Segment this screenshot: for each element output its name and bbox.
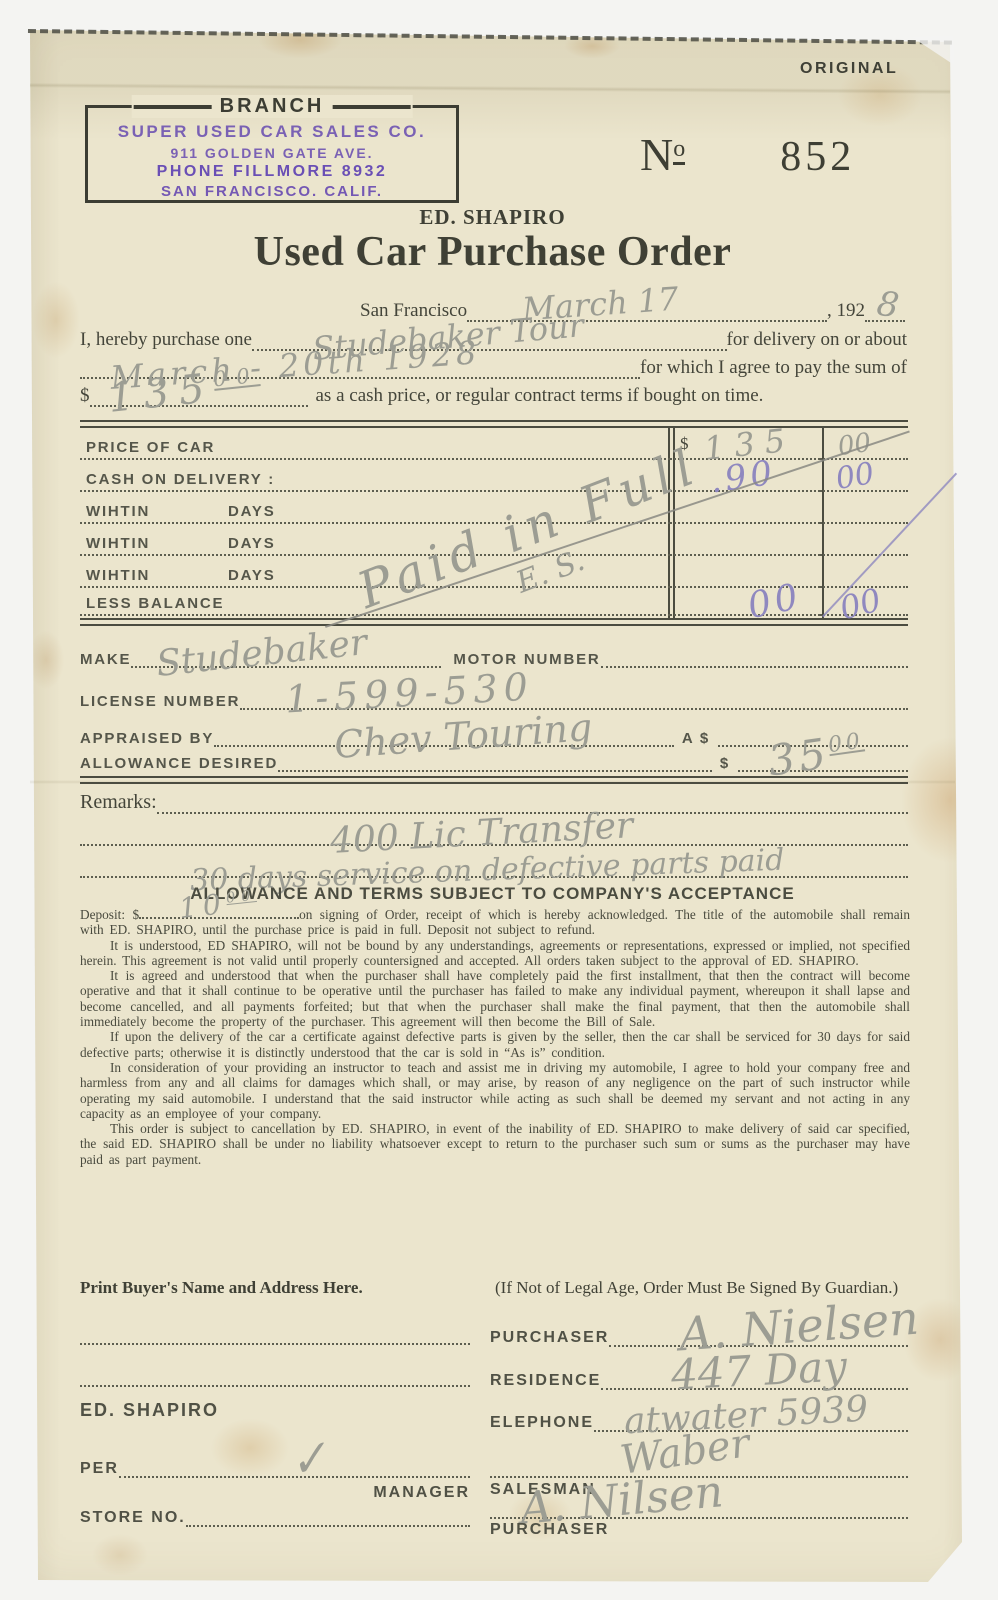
- dollar-sign: $: [80, 385, 90, 407]
- motor-number-leader: [601, 636, 908, 668]
- stamp-address: 911 GOLDEN GATE AVE.: [88, 145, 456, 161]
- dealer-name-signature: ED. SHAPIRO: [80, 1400, 219, 1421]
- terms-paragraph: This order is subject to cancellation by…: [80, 1121, 910, 1167]
- terms-paragraph: If upon the delivery of the car a certif…: [80, 1029, 910, 1060]
- terms-paragraph: It is understood, ED SHAPIRO, will not b…: [80, 938, 910, 969]
- remarks-leader-2: 400 Lic Transfer: [80, 824, 908, 846]
- deposit-handwriting: 1000: [178, 887, 259, 923]
- residence-line: RESIDENCE 447 Day: [490, 1368, 908, 1390]
- appraised-by-label: APPRAISED BY: [80, 730, 214, 747]
- less-balance-cents: 00: [837, 584, 884, 625]
- purchaser-label: PURCHASER: [490, 1329, 609, 1347]
- purchaser2-leader: A. Nilsen: [490, 1507, 908, 1519]
- make-leader: Studebaker: [131, 636, 441, 668]
- purchase-prefix: I, hereby purchase one: [80, 329, 252, 351]
- year-handwriting: 8: [875, 287, 901, 324]
- sum-leader: 13500: [90, 379, 308, 407]
- purchase-line: I, hereby purchase one Studebaker Tour f…: [80, 323, 907, 351]
- appraised-leader: Chev Touring: [214, 713, 674, 747]
- remarks-line-1: Remarks:: [80, 792, 908, 814]
- purchaser-leader: A. Nielsen: [609, 1325, 908, 1347]
- copy-label: ORIGINAL: [800, 60, 898, 78]
- table-row: PRICE OF CAR $ 135 00: [80, 428, 908, 460]
- as-amount-label: A $: [682, 730, 710, 747]
- purchaser2-label: PURCHASER: [490, 1521, 609, 1539]
- cash-on-delivery-cents: 00: [834, 459, 877, 495]
- stamp-phone: PHONE FILLMORE 8932: [88, 163, 456, 181]
- sum-line: $ 13500 as a cash price, or regular cont…: [80, 379, 907, 407]
- year-leader: 8: [865, 294, 905, 322]
- vehicle-bottom-rule: [80, 776, 908, 784]
- branch-dash-right: [332, 105, 410, 109]
- remarks-leader-3: 30 days service on defective parts paid: [80, 856, 908, 878]
- buyer-address-blank-line: [80, 1367, 470, 1387]
- make-line: MAKE Studebaker MOTOR NUMBER: [80, 636, 908, 668]
- guardian-note: (If Not of Legal Age, Order Must Be Sign…: [495, 1278, 898, 1298]
- per-leader: ✓: [119, 1456, 470, 1478]
- remarks-label: Remarks:: [80, 791, 157, 814]
- allowance-line: ALLOWANCE DESIRED $ 3500: [80, 748, 908, 772]
- scanned-document-page: { "page": { "copy_label": "ORIGINAL" }, …: [0, 0, 998, 1600]
- buyer-name-blank-line: [80, 1325, 470, 1345]
- residence-handwriting: 447 Day: [670, 1345, 848, 1396]
- branch-label-row: BRANCH: [132, 95, 413, 118]
- allowance-desired-label: ALLOWANCE DESIRED: [80, 755, 278, 772]
- terms-deposit-paragraph: Deposit: $1000on signing of Order, recei…: [80, 905, 910, 938]
- license-leader: 1-599-530: [240, 676, 908, 710]
- order-number: No852: [640, 128, 855, 181]
- terms-fine-print: Deposit: $1000on signing of Order, recei…: [80, 905, 910, 1167]
- branch-stamp-box: BRANCH SUPER USED CAR SALES CO. 911 GOLD…: [85, 105, 459, 203]
- purchase-suffix: for delivery on or about: [727, 329, 907, 351]
- telephone-label: ELEPHONE: [490, 1414, 594, 1432]
- branch-label: BRANCH: [220, 95, 325, 118]
- residence-label: RESIDENCE: [490, 1372, 601, 1390]
- print-buyer-note: Print Buyer's Name and Address Here.: [80, 1278, 363, 1298]
- per-label: PER: [80, 1460, 119, 1478]
- remarks-line-2: 400 Lic Transfer: [80, 824, 908, 846]
- terms-paragraph: In consideration of your providing an in…: [80, 1060, 910, 1121]
- branch-dash-left: [134, 105, 212, 109]
- purchaser2-line: A. Nilsen: [490, 1507, 908, 1519]
- table-row: CASH ON DELIVERY : .90 00: [80, 460, 908, 492]
- store-no-leader: [186, 1505, 470, 1527]
- dealer-name-top: ED. SHAPIRO: [0, 205, 985, 230]
- store-no-label: STORE NO.: [80, 1509, 186, 1527]
- license-label: LICENSE NUMBER: [80, 693, 240, 710]
- stamp-city: SAN FRANCISCO. CALIF.: [88, 183, 456, 200]
- deposit-leader: 1000: [139, 905, 299, 919]
- acceptance-heading: ALLOWANCE AND TERMS SUBJECT TO COMPANY'S…: [0, 884, 985, 904]
- delivery-suffix: for which I agree to pay the sum of: [640, 357, 907, 379]
- folded-corner-top-right: [911, 35, 954, 66]
- allowance-leader: [278, 748, 712, 772]
- license-line: LICENSE NUMBER 1-599-530: [80, 676, 908, 710]
- per-line: PER ✓: [80, 1456, 470, 1478]
- store-no-line: STORE NO.: [80, 1505, 470, 1527]
- stamp-company: SUPER USED CAR SALES CO.: [88, 122, 456, 142]
- telephone-leader: atwater 5939: [594, 1410, 908, 1432]
- price-table: PRICE OF CAR $ 135 00 CASH ON DELIVERY :…: [80, 420, 908, 624]
- year-printed: , 192: [827, 300, 865, 322]
- sum-suffix: as a cash price, or regular contract ter…: [316, 385, 764, 407]
- residence-leader: 447 Day: [601, 1368, 908, 1390]
- terms-paragraph: It is agreed and understood that when th…: [80, 968, 910, 1029]
- remarks-line-3: 30 days service on defective parts paid: [80, 856, 908, 878]
- allowance-dollar-sign: $: [720, 755, 730, 772]
- manager-label: MANAGER: [80, 1484, 470, 1502]
- make-label: MAKE: [80, 651, 131, 668]
- allowance-value-leader: 3500: [738, 748, 908, 772]
- page-title: Used Car Purchase Order: [0, 228, 985, 276]
